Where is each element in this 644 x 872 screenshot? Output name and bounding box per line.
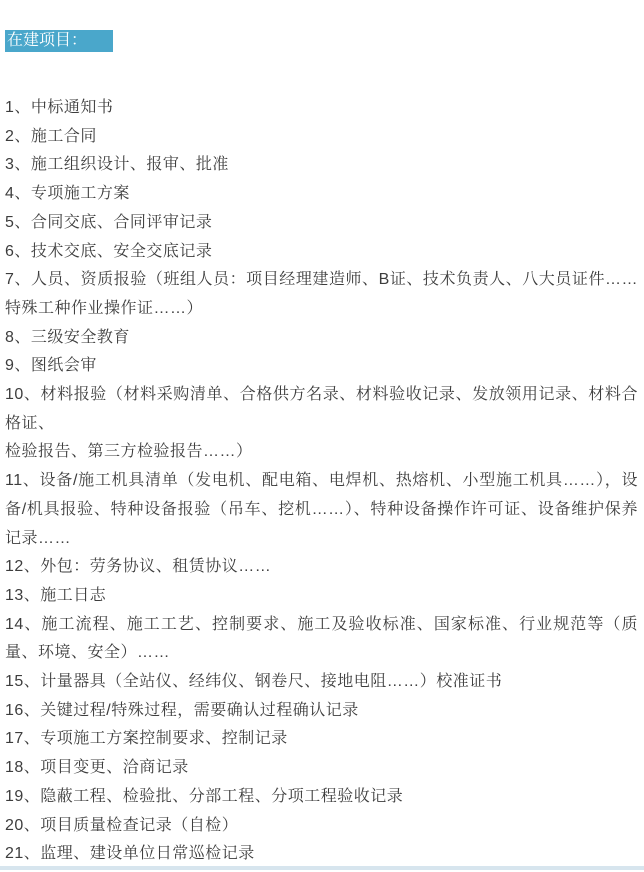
list-item: 5、合同交底、合同评审记录 xyxy=(5,209,638,238)
list-item-continuation: 检验报告、第三方检验报告……） xyxy=(5,438,638,467)
list-item: 10、材料报验（材料采购清单、合格供方名录、材料验收记录、发放领用记录、材料合格… xyxy=(5,381,638,438)
list-item: 6、技术交底、安全交底记录 xyxy=(5,238,638,267)
list-item: 17、专项施工方案控制要求、控制记录 xyxy=(5,725,638,754)
list-item: 3、施工组织设计、报审、批准 xyxy=(5,151,638,180)
list-item: 1、中标通知书 xyxy=(5,94,638,123)
bottom-divider xyxy=(0,866,644,870)
list-item: 12、外包：劳务协议、租赁协议…… xyxy=(5,553,638,582)
list-item: 14、施工流程、施工工艺、控制要求、施工及验收标准、国家标准、行业规范等（质量、… xyxy=(5,611,638,668)
list-item: 18、项目变更、洽商记录 xyxy=(5,754,638,783)
list-item: 2、施工合同 xyxy=(5,123,638,152)
list-item: 13、施工日志 xyxy=(5,582,638,611)
list-item: 4、专项施工方案 xyxy=(5,180,638,209)
checklist: 1、中标通知书 2、施工合同 3、施工组织设计、报审、批准 4、专项施工方案 5… xyxy=(5,94,638,869)
document-content: 在建项目： 1、中标通知书 2、施工合同 3、施工组织设计、报审、批准 4、专项… xyxy=(0,0,644,869)
document-page: 在建项目： 1、中标通知书 2、施工合同 3、施工组织设计、报审、批准 4、专项… xyxy=(0,0,644,872)
list-item: 19、隐蔽工程、检验批、分部工程、分项工程验收记录 xyxy=(5,783,638,812)
list-item: 8、三级安全教育 xyxy=(5,324,638,353)
section-title-highlight: 在建项目： xyxy=(5,30,113,52)
list-item: 11、设备/施工机具清单（发电机、配电箱、电焊机、热熔机、小型施工机具……），设… xyxy=(5,467,638,553)
list-item: 21、监理、建设单位日常巡检记录 xyxy=(5,840,638,869)
list-item: 15、计量器具（全站仪、经纬仪、钢卷尺、接地电阻……）校准证书 xyxy=(5,668,638,697)
list-item: 20、项目质量检查记录（自检） xyxy=(5,812,638,841)
list-item: 16、关键过程/特殊过程，需要确认过程确认记录 xyxy=(5,697,638,726)
list-item: 7、人员、资质报验（班组人员：项目经理建造师、B证、技术负责人、八大员证件……特… xyxy=(5,266,638,323)
list-item: 9、图纸会审 xyxy=(5,352,638,381)
